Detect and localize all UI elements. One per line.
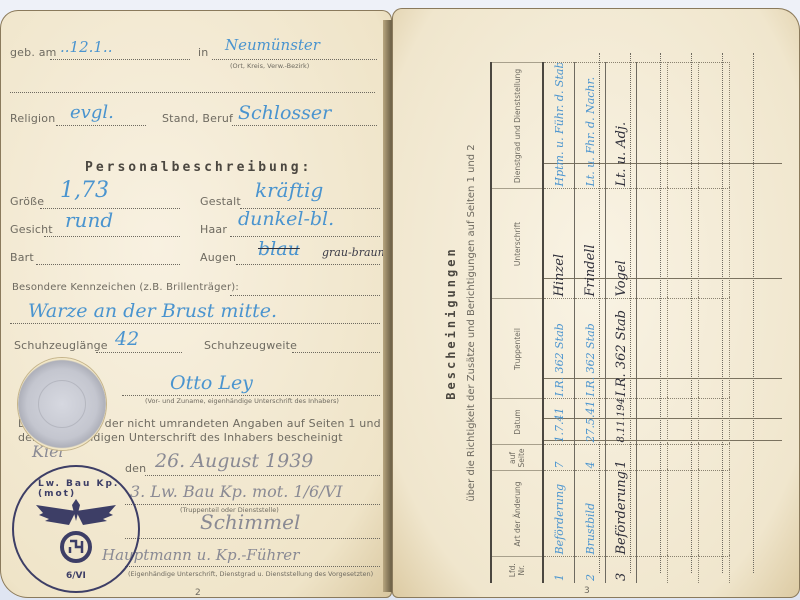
table-title: Bescheinigungen — [444, 63, 458, 583]
col-nr: Lfd. Nr. — [491, 557, 543, 583]
officer-signature: Schimmel — [200, 510, 300, 534]
hair-label: Haar — [200, 223, 227, 236]
shoe-length-value: 42 — [115, 328, 139, 350]
hair-line — [230, 236, 380, 237]
cell-truppenteil: I.R. 362 Stab — [606, 299, 637, 399]
religion-label: Religion — [10, 112, 55, 125]
birth-date-label: geb. am — [10, 46, 57, 59]
cell-datum: 8.11.1941 — [606, 399, 637, 445]
metal-eyelet — [18, 358, 106, 450]
table-row-empty — [637, 63, 668, 583]
cell-dienstgrad: Lt. u. Fhr. d. Nachr. — [575, 63, 606, 189]
birth-date-line — [50, 59, 190, 60]
table-row: 3 Beförderung 1 8.11.1941 I.R. 362 Stab … — [606, 63, 637, 583]
officer-signature-line — [125, 538, 380, 539]
birth-place-line — [212, 59, 377, 60]
special-marks-line2 — [10, 323, 380, 324]
cell-nr: 3 — [606, 557, 637, 583]
face-value: rund — [65, 208, 113, 232]
table-row: 2 Brustbild 4 27.5.41 I.R. 362 Stab Frin… — [575, 63, 606, 583]
holder-signature: Otto Ley — [170, 372, 253, 394]
hair-value: dunkel-bl. — [238, 208, 334, 230]
height-label: Größe — [10, 195, 44, 208]
cell-unterschrift: Hinzel — [543, 189, 575, 299]
cell-seite: 4 — [575, 445, 606, 471]
cell-art: Beförderung — [606, 471, 637, 557]
special-marks-value: Warze an der Brust mitte. — [28, 300, 277, 322]
build-label: Gestalt — [200, 195, 241, 208]
religion-value: evgl. — [70, 102, 114, 123]
cell-seite: 1 — [606, 445, 637, 471]
face-line — [44, 236, 180, 237]
shoe-width-line — [292, 352, 380, 353]
table-row-empty — [699, 63, 730, 583]
table-row-empty — [668, 63, 699, 583]
col-truppenteil: Truppenteil — [491, 299, 543, 399]
col-datum: Datum — [491, 399, 543, 445]
official-stamp: Lw. Bau Kp. (mot) 6/VI — [12, 465, 140, 593]
build-value: kräftig — [255, 178, 323, 202]
special-marks-label: Besondere Kennzeichen (z.B. Brillenträge… — [12, 282, 239, 293]
beard-line — [36, 264, 180, 265]
cell-dienstgrad: Hptm. u. Führ. d. Stabskomp. — [543, 63, 575, 189]
right-page: Bescheinigungen über die Richtigkeit der… — [392, 8, 800, 598]
table-subtitle: über die Richtigkeit der Zusätze und Ber… — [466, 63, 477, 583]
occupation-value: Schlosser — [238, 102, 331, 124]
eyes-value-struck: blau — [258, 238, 300, 260]
birth-place-value: Neumünster — [225, 36, 320, 54]
religion-line — [56, 125, 146, 126]
cell-truppenteil: I.R. 362 Stab — [543, 299, 575, 399]
officer-rank-line — [125, 566, 380, 567]
holder-signature-hint: (Vor- und Zuname, eigenhändige Unterschr… — [145, 397, 339, 405]
shoe-length-line — [96, 352, 182, 353]
table-row: 1 Beförderung 7 1.7.41 I.R. 362 Stab Hin… — [543, 63, 575, 583]
col-unterschrift: Unterschrift — [491, 189, 543, 299]
date-label: den — [125, 462, 146, 475]
cell-unterschrift: Vogel — [606, 189, 637, 299]
certification-table-rotated: Bescheinigungen über die Richtigkeit der… — [444, 63, 784, 583]
eyes-label: Augen — [200, 251, 236, 264]
cell-datum: 27.5.41 — [575, 399, 606, 445]
left-page: geb. am ..12.1.. in Neumünster (Ort, Kre… — [0, 10, 392, 598]
cell-truppenteil: I.R. 362 Stab — [575, 299, 606, 399]
page-number-right: 3 — [584, 586, 590, 596]
birth-place-label: in — [198, 46, 208, 59]
occupation-label: Stand, Beruf — [162, 112, 233, 125]
cell-art: Brustbild — [575, 471, 606, 557]
col-art: Art der Änderung — [491, 471, 543, 557]
cell-art: Beförderung — [543, 471, 575, 557]
eyes-line — [236, 264, 380, 265]
unit-line — [125, 504, 380, 505]
unit-value: 3. Lw. Bau Kp. mot. 1/6/VI — [130, 482, 342, 501]
occupation-line — [232, 125, 377, 126]
cell-dienstgrad: Lt. u. Adj. — [606, 63, 637, 189]
cell-nr: 1 — [543, 557, 575, 583]
stamp-text-bottom: 6/VI — [66, 571, 86, 581]
birth-extra-line — [10, 92, 375, 93]
eyes-value: grau-braun — [322, 246, 385, 259]
col-dienstgrad: Dienstgrad und Dienststellung — [491, 63, 543, 189]
birth-date-value: ..12.1.. — [60, 38, 112, 56]
cell-nr: 2 — [575, 557, 606, 583]
certification-table: Lfd. Nr. Art der Änderung auf Seite Datu… — [490, 63, 730, 584]
holder-signature-line — [122, 395, 380, 396]
beard-label: Bart — [10, 251, 34, 264]
section-title: Personalbeschreibung: — [85, 160, 312, 175]
birth-place-hint: (Ort, Kreis, Verw.-Bezirk) — [230, 62, 309, 70]
shoe-width-label: Schuhzeugweite — [204, 339, 297, 352]
col-seite: auf Seite — [491, 445, 543, 471]
height-value: 1,73 — [60, 178, 109, 203]
cell-unterschrift: Frindell — [575, 189, 606, 299]
special-marks-line1 — [230, 295, 380, 296]
page-number-left: 2 — [195, 588, 201, 598]
date-value: 26. August 1939 — [155, 450, 313, 472]
officer-signature-hint: (Eigenhändige Unterschrift, Dienstgrad u… — [128, 570, 373, 578]
cell-seite: 7 — [543, 445, 575, 471]
face-label: Gesicht — [10, 223, 53, 236]
cell-datum: 1.7.41 — [543, 399, 575, 445]
date-line — [145, 475, 380, 476]
shoe-length-label: Schuhzeuglänge — [14, 339, 108, 352]
eagle-emblem-icon — [31, 491, 121, 571]
